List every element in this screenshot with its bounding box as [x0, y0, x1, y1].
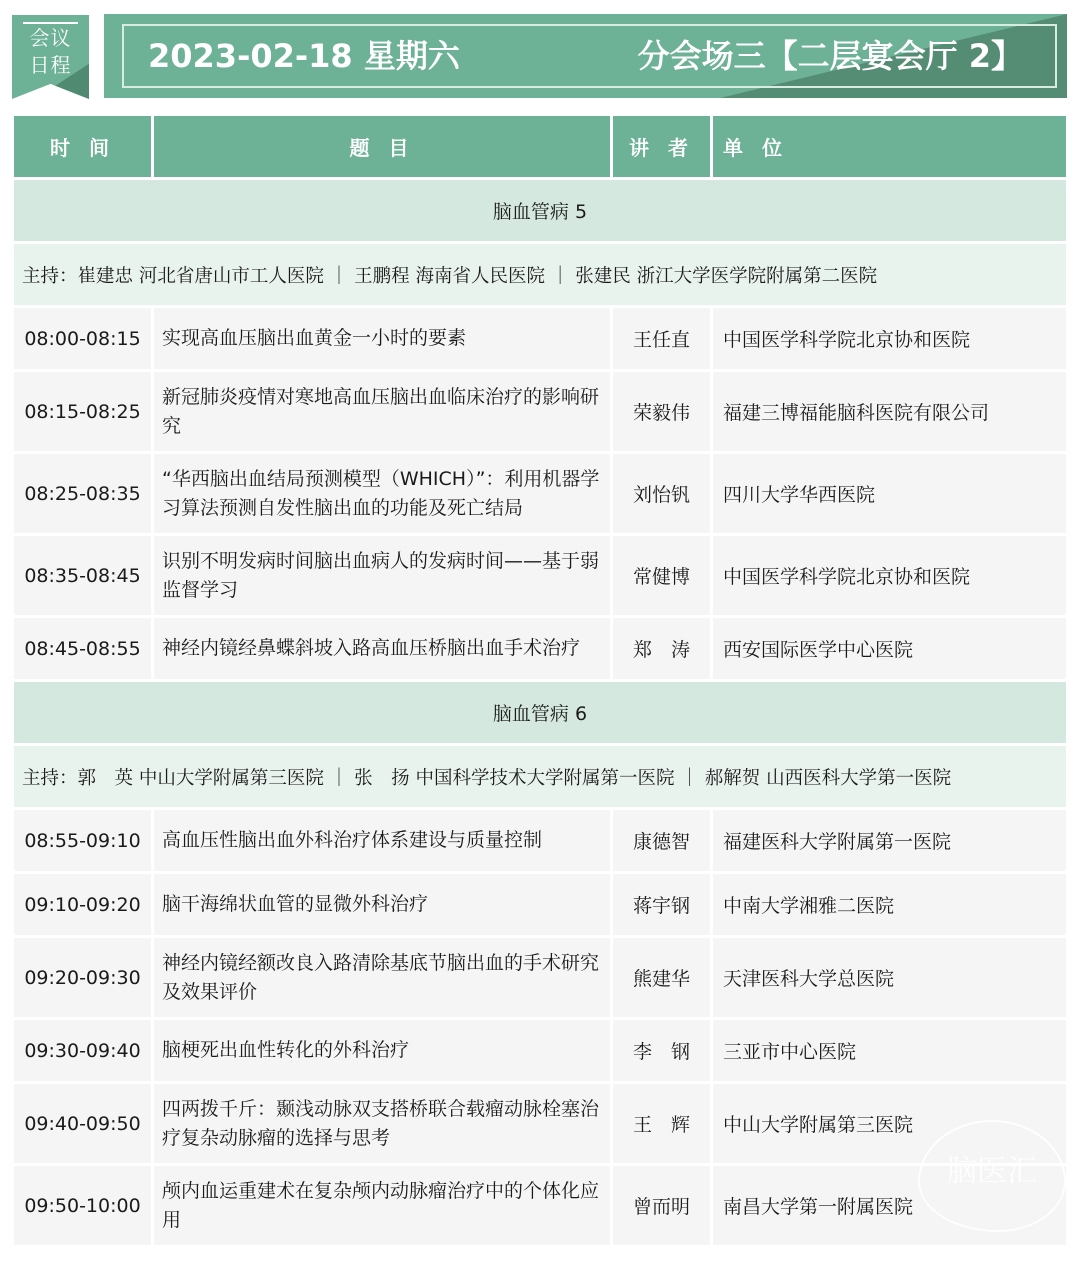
schedule-table: 时 间 题 目 讲 者 单 位 脑血管病 5 主持：崔建忠 河北省唐山市工人医院…	[14, 116, 1066, 1248]
row-time: 08:55-09:10	[14, 810, 154, 871]
column-header-unit: 单 位	[713, 116, 1066, 177]
session-venue: 分会场三【二层宴会厅 2】	[638, 14, 1023, 98]
section-title: 脑血管病 5	[14, 180, 1066, 244]
table-header: 时 间 题 目 讲 者 单 位	[14, 116, 1066, 180]
row-speaker: 曾而明	[613, 1166, 713, 1245]
row-unit: 三亚市中心医院	[713, 1020, 1066, 1081]
badge-label: 会议 日程	[12, 25, 89, 79]
row-topic: “华西脑出血结局预测模型（WHICH）”：利用机器学习算法预测自发性脑出血的功能…	[154, 454, 613, 533]
table-row: 09:50-10:00 颅内血运重建术在复杂颅内动脉瘤治疗中的个体化应用 曾而明…	[14, 1166, 1066, 1248]
table-row: 08:15-08:25 新冠肺炎疫情对寒地高血压脑出血临床治疗的影响研究 荣毅伟…	[14, 372, 1066, 454]
row-unit: 天津医科大学总医院	[713, 938, 1066, 1017]
row-topic: 颅内血运重建术在复杂颅内动脉瘤治疗中的个体化应用	[154, 1166, 613, 1245]
row-time: 08:35-08:45	[14, 536, 154, 615]
row-topic: 高血压性脑出血外科治疗体系建设与质量控制	[154, 810, 613, 871]
row-topic: 脑干海绵状血管的显微外科治疗	[154, 874, 613, 935]
session-date: 2023-02-18 星期六	[148, 14, 460, 98]
table-row: 08:00-08:15 实现高血压脑出血黄金一小时的要素 王任直 中国医学科学院…	[14, 308, 1066, 372]
row-unit: 中南大学湘雅二医院	[713, 874, 1066, 935]
badge-divider	[23, 22, 78, 24]
row-topic: 四两拨千斤：颞浅动脉双支搭桥联合载瘤动脉栓塞治疗复杂动脉瘤的选择与思考	[154, 1084, 613, 1163]
row-speaker: 郑 涛	[613, 618, 713, 679]
row-time: 09:20-09:30	[14, 938, 154, 1017]
table-row: 08:35-08:45 识别不明发病时间脑出血病人的发病时间——基于弱监督学习 …	[14, 536, 1066, 618]
row-time: 08:45-08:55	[14, 618, 154, 679]
row-speaker: 康德智	[613, 810, 713, 871]
row-topic: 新冠肺炎疫情对寒地高血压脑出血临床治疗的影响研究	[154, 372, 613, 451]
row-topic: 神经内镜经鼻蝶斜坡入路高血压桥脑出血手术治疗	[154, 618, 613, 679]
row-speaker: 王任直	[613, 308, 713, 369]
row-topic: 脑梗死出血性转化的外科治疗	[154, 1020, 613, 1081]
badge-label-line2: 日程	[12, 52, 89, 79]
row-speaker: 李 钢	[613, 1020, 713, 1081]
row-speaker: 荣毅伟	[613, 372, 713, 451]
row-speaker: 王 辉	[613, 1084, 713, 1163]
row-speaker: 常健博	[613, 536, 713, 615]
table-row: 09:40-09:50 四两拨千斤：颞浅动脉双支搭桥联合载瘤动脉栓塞治疗复杂动脉…	[14, 1084, 1066, 1166]
watermark-logo: 脑医汇	[918, 1120, 1066, 1232]
row-unit: 四川大学华西医院	[713, 454, 1066, 533]
section-chairs: 主持：崔建忠 河北省唐山市工人医院 ｜ 王鹏程 海南省人民医院 ｜ 张建民 浙江…	[14, 244, 1066, 308]
row-unit: 福建医科大学附属第一医院	[713, 810, 1066, 871]
row-speaker: 刘怡钒	[613, 454, 713, 533]
section-chairs: 主持：郭 英 中山大学附属第三医院 ｜ 张 扬 中国科学技术大学附属第一医院 ｜…	[14, 746, 1066, 810]
row-time: 09:10-09:20	[14, 874, 154, 935]
row-speaker: 蒋宇钢	[613, 874, 713, 935]
column-header-speaker: 讲 者	[613, 116, 713, 177]
column-header-topic: 题 目	[154, 116, 613, 177]
column-header-time: 时 间	[14, 116, 154, 177]
row-unit: 中国医学科学院北京协和医院	[713, 308, 1066, 369]
row-topic: 实现高血压脑出血黄金一小时的要素	[154, 308, 613, 369]
row-time: 09:30-09:40	[14, 1020, 154, 1081]
row-unit: 中国医学科学院北京协和医院	[713, 536, 1066, 615]
header-banner: 2023-02-18 星期六 分会场三【二层宴会厅 2】	[104, 14, 1067, 98]
section-title: 脑血管病 6	[14, 682, 1066, 746]
badge-label-line1: 会议	[12, 25, 89, 52]
table-row: 08:45-08:55 神经内镜经鼻蝶斜坡入路高血压桥脑出血手术治疗 郑 涛 西…	[14, 618, 1066, 682]
row-time: 09:40-09:50	[14, 1084, 154, 1163]
row-speaker: 熊建华	[613, 938, 713, 1017]
row-unit: 西安国际医学中心医院	[713, 618, 1066, 679]
row-time: 08:00-08:15	[14, 308, 154, 369]
table-row: 09:30-09:40 脑梗死出血性转化的外科治疗 李 钢 三亚市中心医院	[14, 1020, 1066, 1084]
table-row: 08:25-08:35 “华西脑出血结局预测模型（WHICH）”：利用机器学习算…	[14, 454, 1066, 536]
row-time: 08:15-08:25	[14, 372, 154, 451]
agenda-badge: 会议 日程	[12, 15, 89, 99]
row-time: 09:50-10:00	[14, 1166, 154, 1245]
row-time: 08:25-08:35	[14, 454, 154, 533]
row-unit: 福建三博福能脑科医院有限公司	[713, 372, 1066, 451]
table-row: 08:55-09:10 高血压性脑出血外科治疗体系建设与质量控制 康德智 福建医…	[14, 810, 1066, 874]
row-topic: 神经内镜经额改良入路清除基底节脑出血的手术研究及效果评价	[154, 938, 613, 1017]
table-row: 09:10-09:20 脑干海绵状血管的显微外科治疗 蒋宇钢 中南大学湘雅二医院	[14, 874, 1066, 938]
row-topic: 识别不明发病时间脑出血病人的发病时间——基于弱监督学习	[154, 536, 613, 615]
table-row: 09:20-09:30 神经内镜经额改良入路清除基底节脑出血的手术研究及效果评价…	[14, 938, 1066, 1020]
